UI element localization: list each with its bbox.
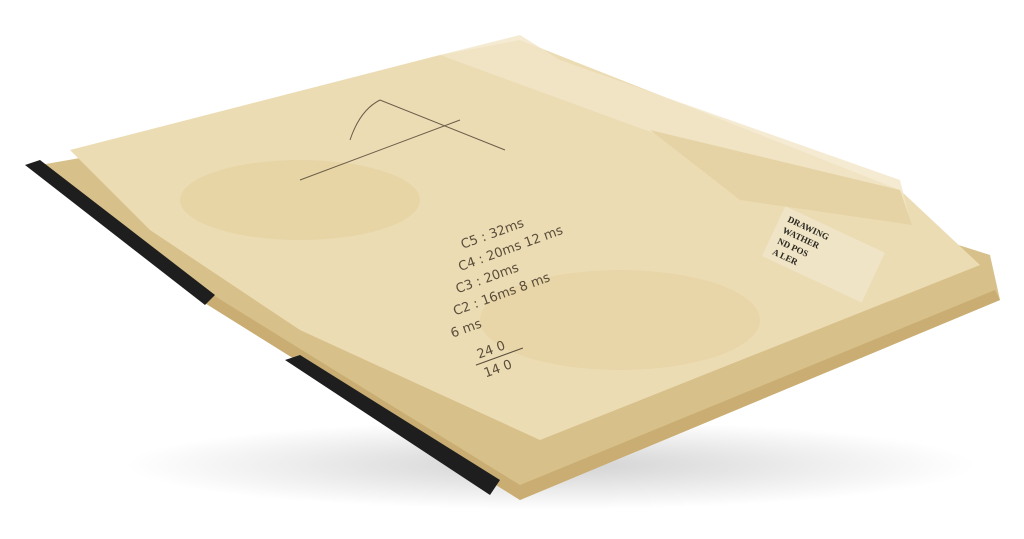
notebook-illustration: C5 : 32ms C4 : 20ms 12 ms C3 : 20ms C2 :… xyxy=(0,0,1024,539)
photo-stage: C5 : 32ms C4 : 20ms 12 ms C3 : 20ms C2 :… xyxy=(0,0,1024,539)
